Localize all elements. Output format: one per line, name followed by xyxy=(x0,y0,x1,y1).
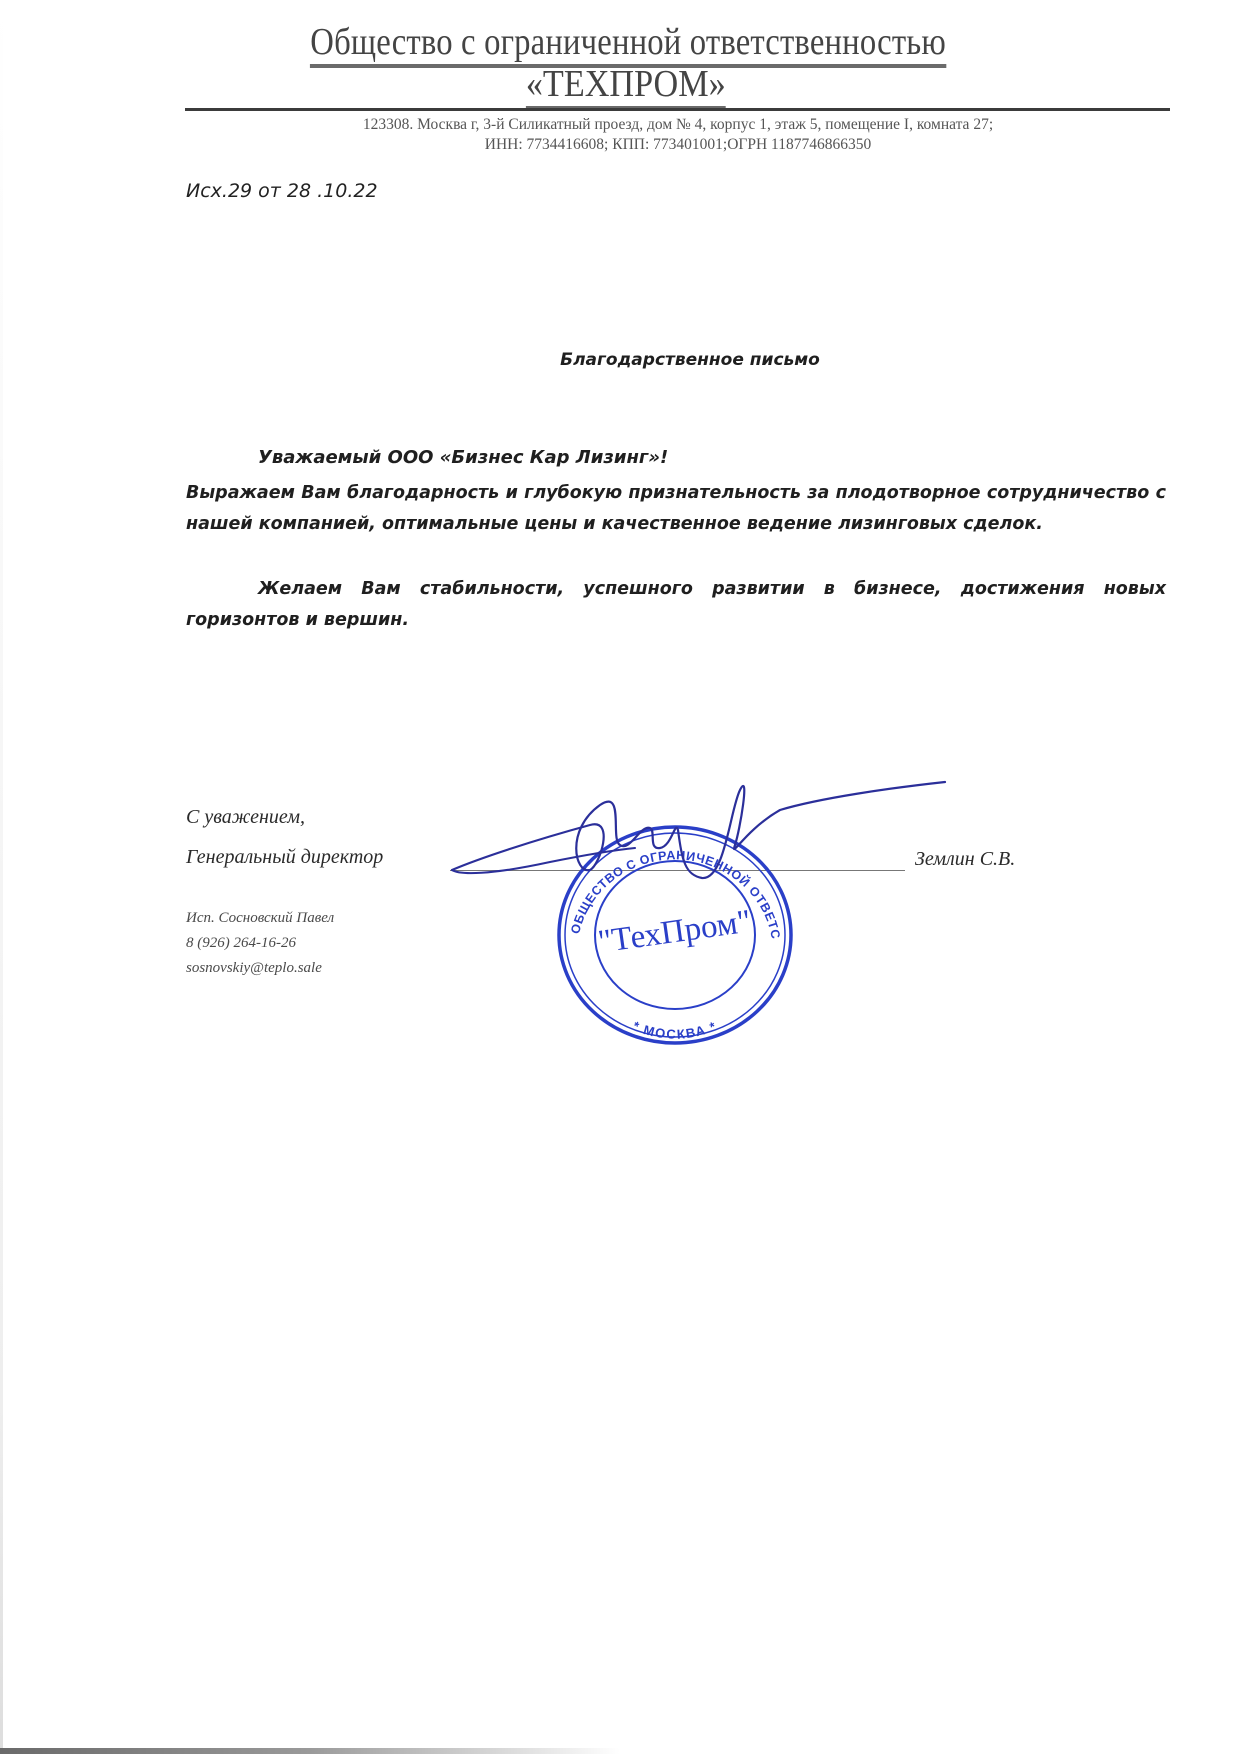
handwritten-signature-icon xyxy=(440,770,960,900)
executor-email: sosnovskiy@teplo.sale xyxy=(186,960,322,977)
body-paragraph: Желаем Вам стабильности, успешного разви… xyxy=(186,574,1166,636)
scan-edge xyxy=(0,0,3,1754)
company-name-text: Общество с ограниченной ответственностью xyxy=(310,21,946,68)
company-address: 123308. Москва г, 3-й Силикатный проезд,… xyxy=(0,116,1240,134)
greeting: Уважаемый ООО «Бизнес Кар Лизинг»! xyxy=(258,447,668,468)
stamp-center-text: "ТехПром" xyxy=(596,904,753,961)
body-paragraph: Выражаем Вам благодарность и глубокую пр… xyxy=(186,478,1166,540)
letter-title: Благодарственное письмо xyxy=(0,350,1240,370)
scan-shadow xyxy=(0,1748,620,1754)
closing-phrase: С уважением, xyxy=(186,806,305,829)
company-brand-text: «ТЕХПРОМ» xyxy=(526,63,726,110)
letterhead-divider xyxy=(185,108,1170,111)
executor-phone: 8 (926) 264-16-26 xyxy=(186,935,296,952)
company-registration: ИНН: 7734416608; КПП: 773401001;ОГРН 118… xyxy=(0,136,1240,154)
company-name-line2: «ТЕХПРОМ» xyxy=(68,62,1184,106)
outgoing-reference: Исх.29 от 28 .10.22 xyxy=(186,180,378,202)
company-name-line1: Общество с ограниченной ответственностью xyxy=(95,20,1161,64)
executor-name: Исп. Сосновский Павел xyxy=(186,910,334,927)
signer-position: Генеральный директор xyxy=(186,846,383,869)
letter-page: Общество с ограниченной ответственностью… xyxy=(0,0,1240,1754)
